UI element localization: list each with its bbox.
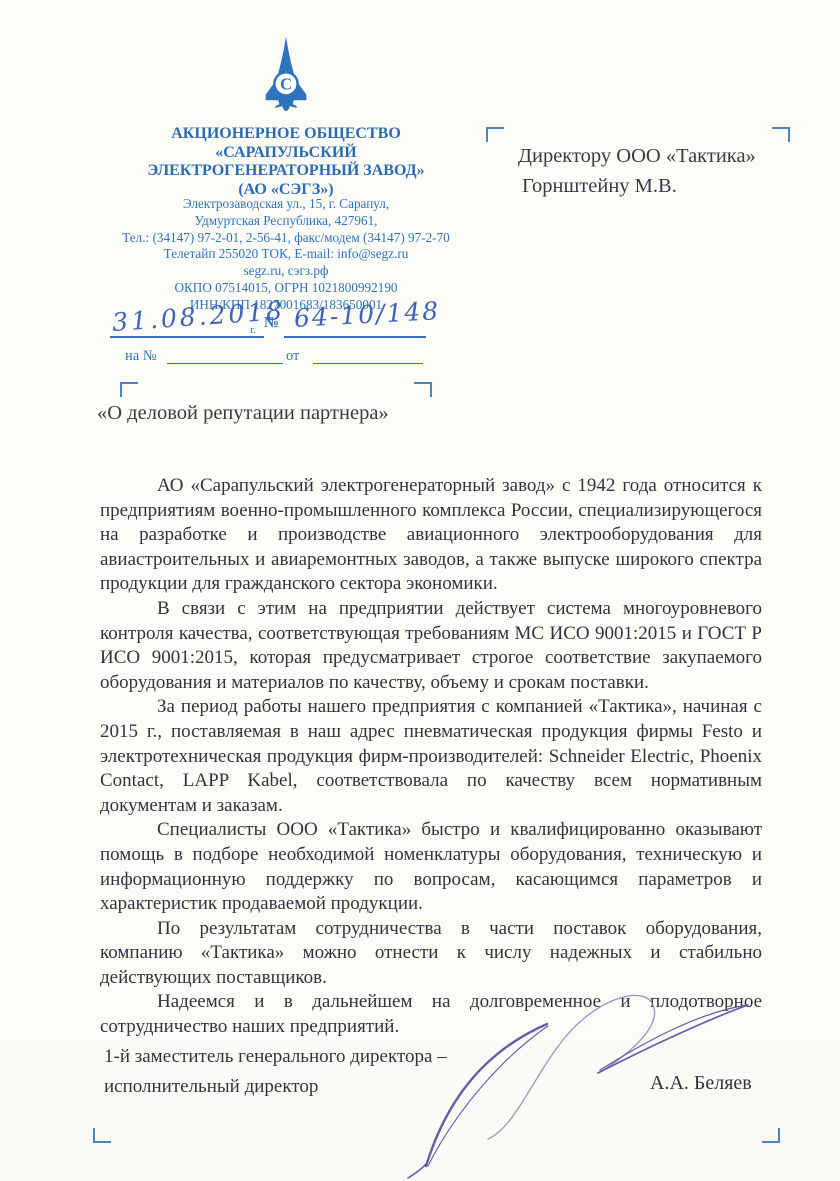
recipient-name: Горнштейну М.В. xyxy=(518,171,808,201)
reply-to-number-label: на № xyxy=(125,348,157,365)
date-underline xyxy=(110,336,264,338)
subject-corner-mark-top-left xyxy=(120,382,138,397)
signer-position-line: 1-й заместитель генерального директора – xyxy=(104,1042,524,1072)
org-name-line: «САРАПУЛЬСКИЙ xyxy=(105,144,467,163)
reply-date-underline xyxy=(313,363,423,364)
body-paragraph: Надеемся и в дальнейшем на долговременно… xyxy=(100,990,762,1039)
segz-rocket-logo-icon: С xyxy=(257,34,315,126)
page-corner-mark-bottom-left xyxy=(93,1128,111,1143)
logo-letter: С xyxy=(280,75,292,94)
body-paragraph: По результатам сотрудничества в части по… xyxy=(100,917,762,991)
body-paragraph: АО «Сарапульский электрогенераторный зав… xyxy=(100,474,762,597)
recipient-block: Директору ООО «Тактика» Горнштейну М.В. xyxy=(518,141,808,201)
org-name-line: ЭЛЕКТРОГЕНЕРАТОРНЫЙ ЗАВОД» xyxy=(105,162,467,181)
letter-body: АО «Сарапульский электрогенераторный зав… xyxy=(100,474,762,1040)
reply-number-underline xyxy=(167,363,283,364)
number-underline xyxy=(284,336,426,338)
letterhead-contacts: Электрозаводская ул., 15, г. Сарапул, Уд… xyxy=(90,196,482,314)
handwritten-outgoing-number: 64-10/148 xyxy=(293,296,441,333)
body-paragraph: В связи с этим на предприятии действует … xyxy=(100,597,762,695)
organization-name: АКЦИОНЕРНОЕ ОБЩЕСТВО «САРАПУЛЬСКИЙ ЭЛЕКТ… xyxy=(105,125,467,199)
address-line: Удмуртская Республика, 427961, xyxy=(90,213,482,230)
letter-subject: «О деловой репутации партнера» xyxy=(97,402,389,425)
recipient-corner-mark-top-left xyxy=(486,127,504,142)
phone-line: Тел.: (34147) 97-2-01, 2-56-41, факс/мод… xyxy=(90,230,482,247)
signer-position-line: исполнительный директор xyxy=(104,1072,524,1102)
subject-corner-mark-top-right xyxy=(414,382,432,397)
recipient-corner-mark-top-right xyxy=(772,127,790,142)
reply-from-label: от xyxy=(286,348,299,365)
signer-position: 1-й заместитель генерального директора –… xyxy=(104,1042,524,1102)
website-line: segz.ru, сэгз.рф xyxy=(90,263,482,280)
recipient-title: Директору ООО «Тактика» xyxy=(518,141,808,171)
body-paragraph: Специалисты ООО «Тактика» быстро и квали… xyxy=(100,818,762,916)
body-paragraph: За период работы нашего предприятия с ко… xyxy=(100,695,762,818)
signer-name: А.А. Беляев xyxy=(650,1072,752,1095)
number-sign-label: № xyxy=(264,315,279,332)
teletype-email-line: Телетайп 255020 ТОК, E-mail: info@segz.r… xyxy=(90,246,482,263)
scanned-letter-page: С АКЦИОНЕРНОЕ ОБЩЕСТВО «САРАПУЛЬСКИЙ ЭЛЕ… xyxy=(0,0,840,1181)
page-corner-mark-bottom-right xyxy=(762,1128,780,1143)
okpo-ogrn-line: ОКПО 07514015, ОГРН 1021800992190 xyxy=(90,280,482,297)
org-name-line: АКЦИОНЕРНОЕ ОБЩЕСТВО xyxy=(105,125,467,144)
year-suffix-label: г. xyxy=(250,324,256,336)
address-line: Электрозаводская ул., 15, г. Сарапул, xyxy=(90,196,482,213)
